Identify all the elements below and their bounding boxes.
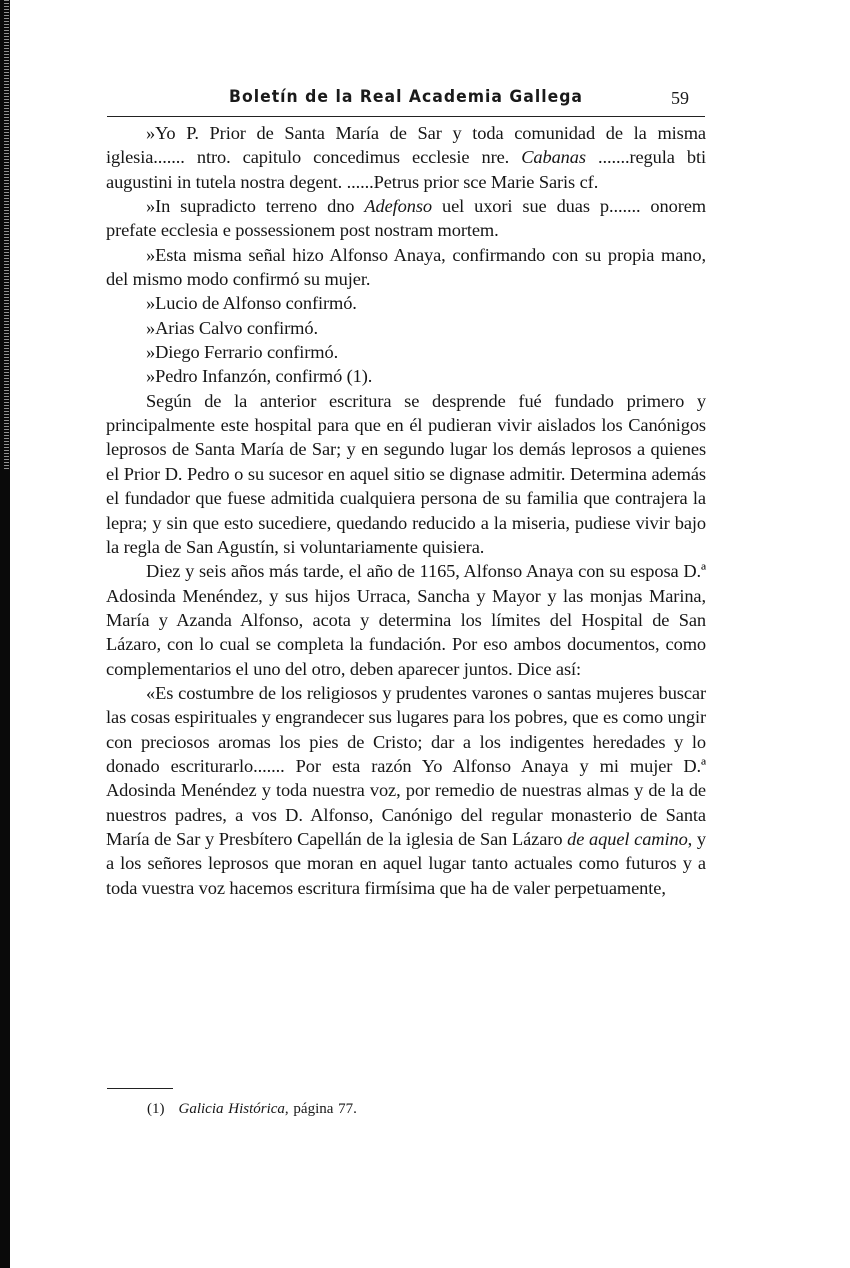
paragraph-charter-latin: »In supradicto terreno dno Adefonso uel … — [106, 194, 706, 243]
footnote-source: Galicia Histórica — [179, 1101, 285, 1117]
paragraph-commentary: Según de la anterior escritura se despre… — [106, 389, 706, 559]
paragraph-charter-prior: »Yo P. Prior de Santa María de Sar y tod… — [106, 121, 706, 194]
paragraph-signature-pedro: »Pedro Infanzón, confirmó (1). — [106, 364, 706, 388]
paragraph-signature-arias: »Arias Calvo confirmó. — [106, 316, 706, 340]
italic-term: Cabanas — [521, 147, 586, 167]
body-text: »Yo P. Prior de Santa María de Sar y tod… — [106, 121, 706, 900]
italic-term: de aquel camino — [567, 829, 688, 849]
italic-term: Adefonso — [364, 196, 432, 216]
paragraph-1165-deed: Diez y seis años más tarde, el año de 11… — [106, 559, 706, 681]
running-title: Boletín de la Real Academia Gallega — [131, 87, 681, 107]
paragraph-signature-diego: »Diego Ferrario confirmó. — [106, 340, 706, 364]
paragraph-signature-lucio: »Lucio de Alfonso confirmó. — [106, 291, 706, 315]
footnote-marker: (1) — [147, 1101, 165, 1117]
footnote: (1)Galicia Histórica, página 77. — [147, 1101, 357, 1118]
paragraph-signature-anaya: »Esta misma señal hizo Alfonso Anaya, co… — [106, 243, 706, 292]
page-number: 59 — [671, 88, 689, 109]
running-head: Boletín de la Real Academia Gallega 59 — [107, 87, 705, 115]
binding-speckle — [4, 0, 9, 470]
header-rule — [107, 116, 705, 117]
footnote-page: , página 77. — [285, 1101, 357, 1117]
scan-binding-edge — [0, 0, 10, 1268]
paragraph-deed-quote: «Es costumbre de los religiosos y pruden… — [106, 681, 706, 900]
footnote-rule — [107, 1088, 173, 1089]
